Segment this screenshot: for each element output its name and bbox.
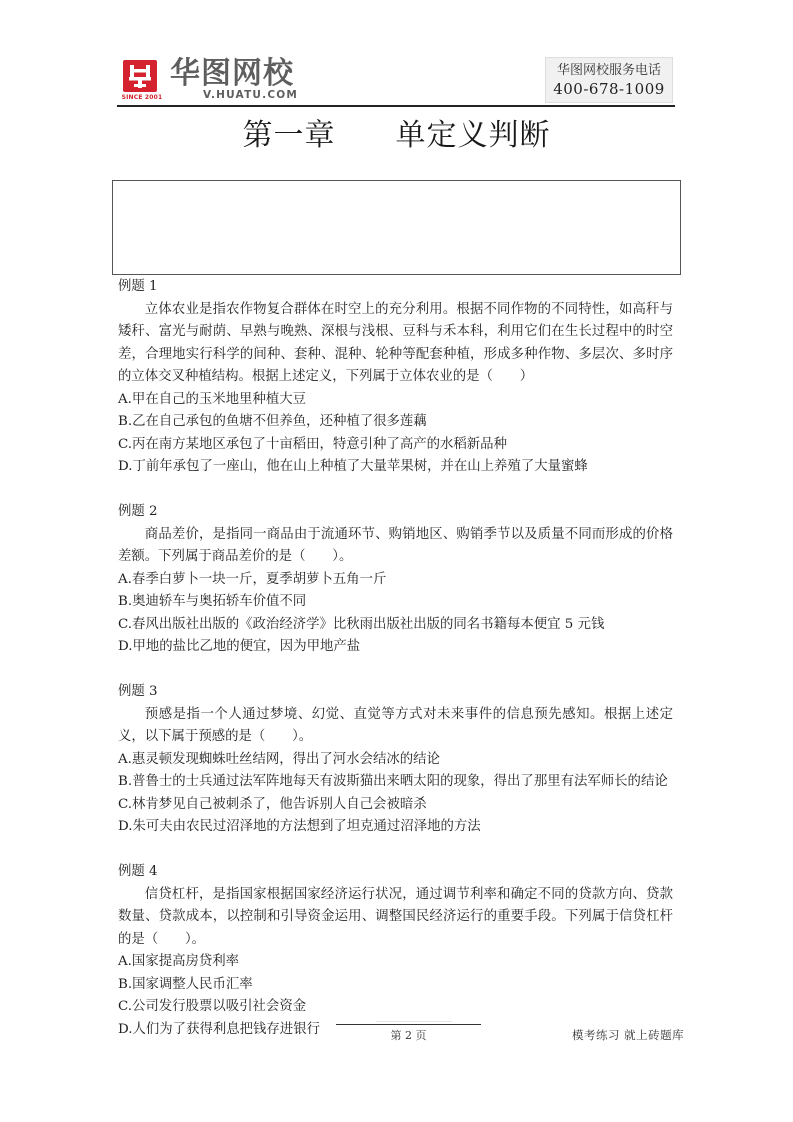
option-b: B.普鲁士的士兵通过法军阵地每天有波斯猫出来晒太阳的现象，得出了那里有法军师长的… <box>118 771 673 794</box>
brand-name: 华图网校 <box>170 57 294 91</box>
question-2: 例题 2 商品差价，是指同一商品由于流通环节、购销地区、购销季节以及质量不同而形… <box>118 501 673 659</box>
option-c: C.丙在南方某地区承包了十亩稻田，特意引种了高产的水稻新品种 <box>118 434 673 457</box>
page-number: 第 2 页 <box>336 1027 481 1043</box>
question-list: 例题 1 立体农业是指农作物复合群体在时空上的充分利用。根据不同作物的不同特性，… <box>118 276 673 1064</box>
question-4: 例题 4 信贷杠杆，是指国家根据国家经济运行状况，通过调节利率和确定不同的贷款方… <box>118 861 673 1041</box>
option-d: D.甲地的盐比乙地的便宜，因为甲地产盐 <box>118 636 673 659</box>
chapter-title: 单定义判断 <box>396 116 551 156</box>
brand-url: V.HUATU.COM <box>203 89 298 101</box>
option-b: B.乙在自己承包的鱼塘不但养鱼，还种植了很多莲藕 <box>118 411 673 434</box>
footer-divider-faint <box>376 1021 452 1022</box>
page-title: 第一章单定义判断 <box>0 116 793 156</box>
empty-frame <box>112 180 681 275</box>
option-a: A.甲在自己的玉米地里种植大豆 <box>118 389 673 412</box>
question-stem: 信贷杠杆，是指国家根据国家经济运行状况，通过调节利率和确定不同的贷款方向、贷款数… <box>118 884 673 952</box>
hotline-box: 华图网校服务电话 400-678-1009 <box>545 57 673 103</box>
question-heading: 例题 1 <box>118 276 673 299</box>
question-heading: 例题 4 <box>118 861 673 884</box>
option-c: C.林肯梦见自己被刺杀了，他告诉别人自己会被暗杀 <box>118 794 673 817</box>
option-c: C.春风出版社出版的《政治经济学》比秋雨出版社出版的同名书籍每本便宜 5 元钱 <box>118 614 673 637</box>
option-b: B.国家调整人民币汇率 <box>118 974 673 997</box>
hotline-label: 华图网校服务电话 <box>546 63 672 79</box>
huatu-logo-icon <box>123 60 157 92</box>
question-heading: 例题 2 <box>118 501 673 524</box>
footer-divider <box>336 1024 481 1025</box>
question-heading: 例题 3 <box>118 681 673 704</box>
logo-since-text: SINCE 2001 <box>120 94 164 101</box>
header-divider <box>117 105 675 107</box>
option-a: A.惠灵顿发现蜘蛛吐丝结网，得出了河水会结冰的结论 <box>118 749 673 772</box>
question-stem: 商品差价，是指同一商品由于流通环节、购销地区、购销季节以及质量不同而形成的价格差… <box>118 524 673 569</box>
option-d: D.朱可夫由农民过沼泽地的方法想到了坦克通过沼泽地的方法 <box>118 816 673 839</box>
option-b: B.奥迪轿车与奥拓轿车价值不同 <box>118 591 673 614</box>
question-stem: 预感是指一个人通过梦境、幻觉、直觉等方式对未来事件的信息预先感知。根据上述定义，… <box>118 704 673 749</box>
option-a: A.国家提高房贷利率 <box>118 951 673 974</box>
option-a: A.春季白萝卜一块一斤，夏季胡萝卜五角一斤 <box>118 569 673 592</box>
question-1: 例题 1 立体农业是指农作物复合群体在时空上的充分利用。根据不同作物的不同特性，… <box>118 276 673 479</box>
question-stem: 立体农业是指农作物复合群体在时空上的充分利用。根据不同作物的不同特性，如高秆与矮… <box>118 299 673 389</box>
option-c: C.公司发行股票以吸引社会资金 <box>118 996 673 1019</box>
option-d: D.丁前年承包了一座山，他在山上种植了大量苹果树，并在山上养殖了大量蜜蜂 <box>118 456 673 479</box>
footer-slogan: 模考练习 就上砖题库 <box>572 1027 684 1043</box>
chapter-number: 第一章 <box>243 116 336 156</box>
question-3: 例题 3 预感是指一个人通过梦境、幻觉、直觉等方式对未来事件的信息预先感知。根据… <box>118 681 673 839</box>
hotline-number: 400-678-1009 <box>546 79 672 99</box>
